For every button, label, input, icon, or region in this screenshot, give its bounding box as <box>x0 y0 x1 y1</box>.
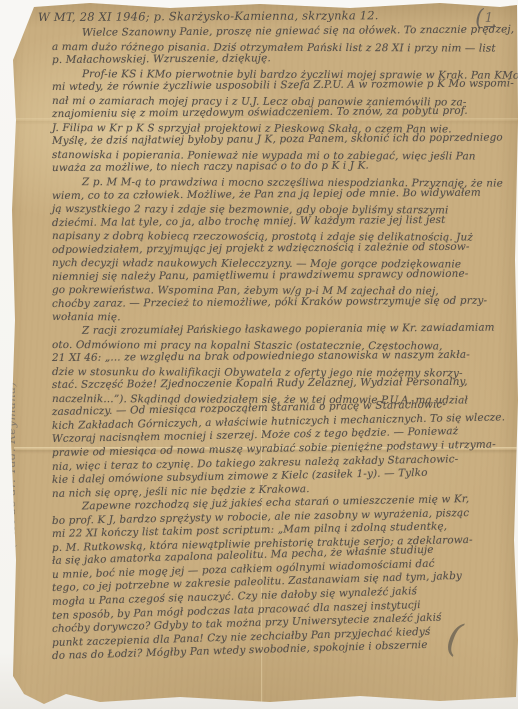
letter-line: stać. Szczęść Boże! Zjednoczenie Kopalń … <box>52 376 512 393</box>
scan-background: W MT, 28 XI 1946; p. Skarżysko-Kamienna,… <box>0 0 518 709</box>
letter-dateline: W MT, 28 XI 1946; p. Skarżysko-Kamienna,… <box>38 8 438 24</box>
letter-line: uważa za możliwe, to niech raczy napisać… <box>52 159 512 176</box>
letter-line: wiem, co to za człowiek. Możliwe, że Pan… <box>52 186 512 203</box>
letter-line: odpowiedziałem, przyjmując jej projekt z… <box>52 240 512 257</box>
letter-body: Wielce Szanowny Panie, proszę nie gniewa… <box>52 27 512 664</box>
letter-paper: W MT, 28 XI 1946; p. Skarżysko-Kamienna,… <box>0 0 518 709</box>
letter-line: mi wtedy, że równie życzliwie usposobili… <box>52 78 512 95</box>
letter-line: Myślę, że dziś najłatwiej byłoby panu J … <box>52 132 512 149</box>
letter-line: Z racji zrozumiałej Pańskiego łaskawego … <box>52 321 512 338</box>
margin-note: (List do dr. Tad. Reymana) <box>4 268 18 548</box>
letter-line: p. Małachowskiej. Wzruszenie, dziękuję. <box>52 50 512 67</box>
letter-line: Wielce Szanowny Panie, proszę nie gniewa… <box>52 23 512 40</box>
letter-line: 21 XI 46: „... ze względu na brak odpowi… <box>52 349 512 366</box>
letter-line: choćby zaraz. — Przecież to niemożliwe, … <box>52 294 512 311</box>
letter-line: niemniej się należy Panu, pamiętliwemu i… <box>52 267 512 284</box>
letter-line: znajomieniu się z moim urzędowym oświadc… <box>52 105 512 122</box>
letter-line: dziećmi. Ma lat tyle, co ja, albo trochę… <box>52 213 512 230</box>
